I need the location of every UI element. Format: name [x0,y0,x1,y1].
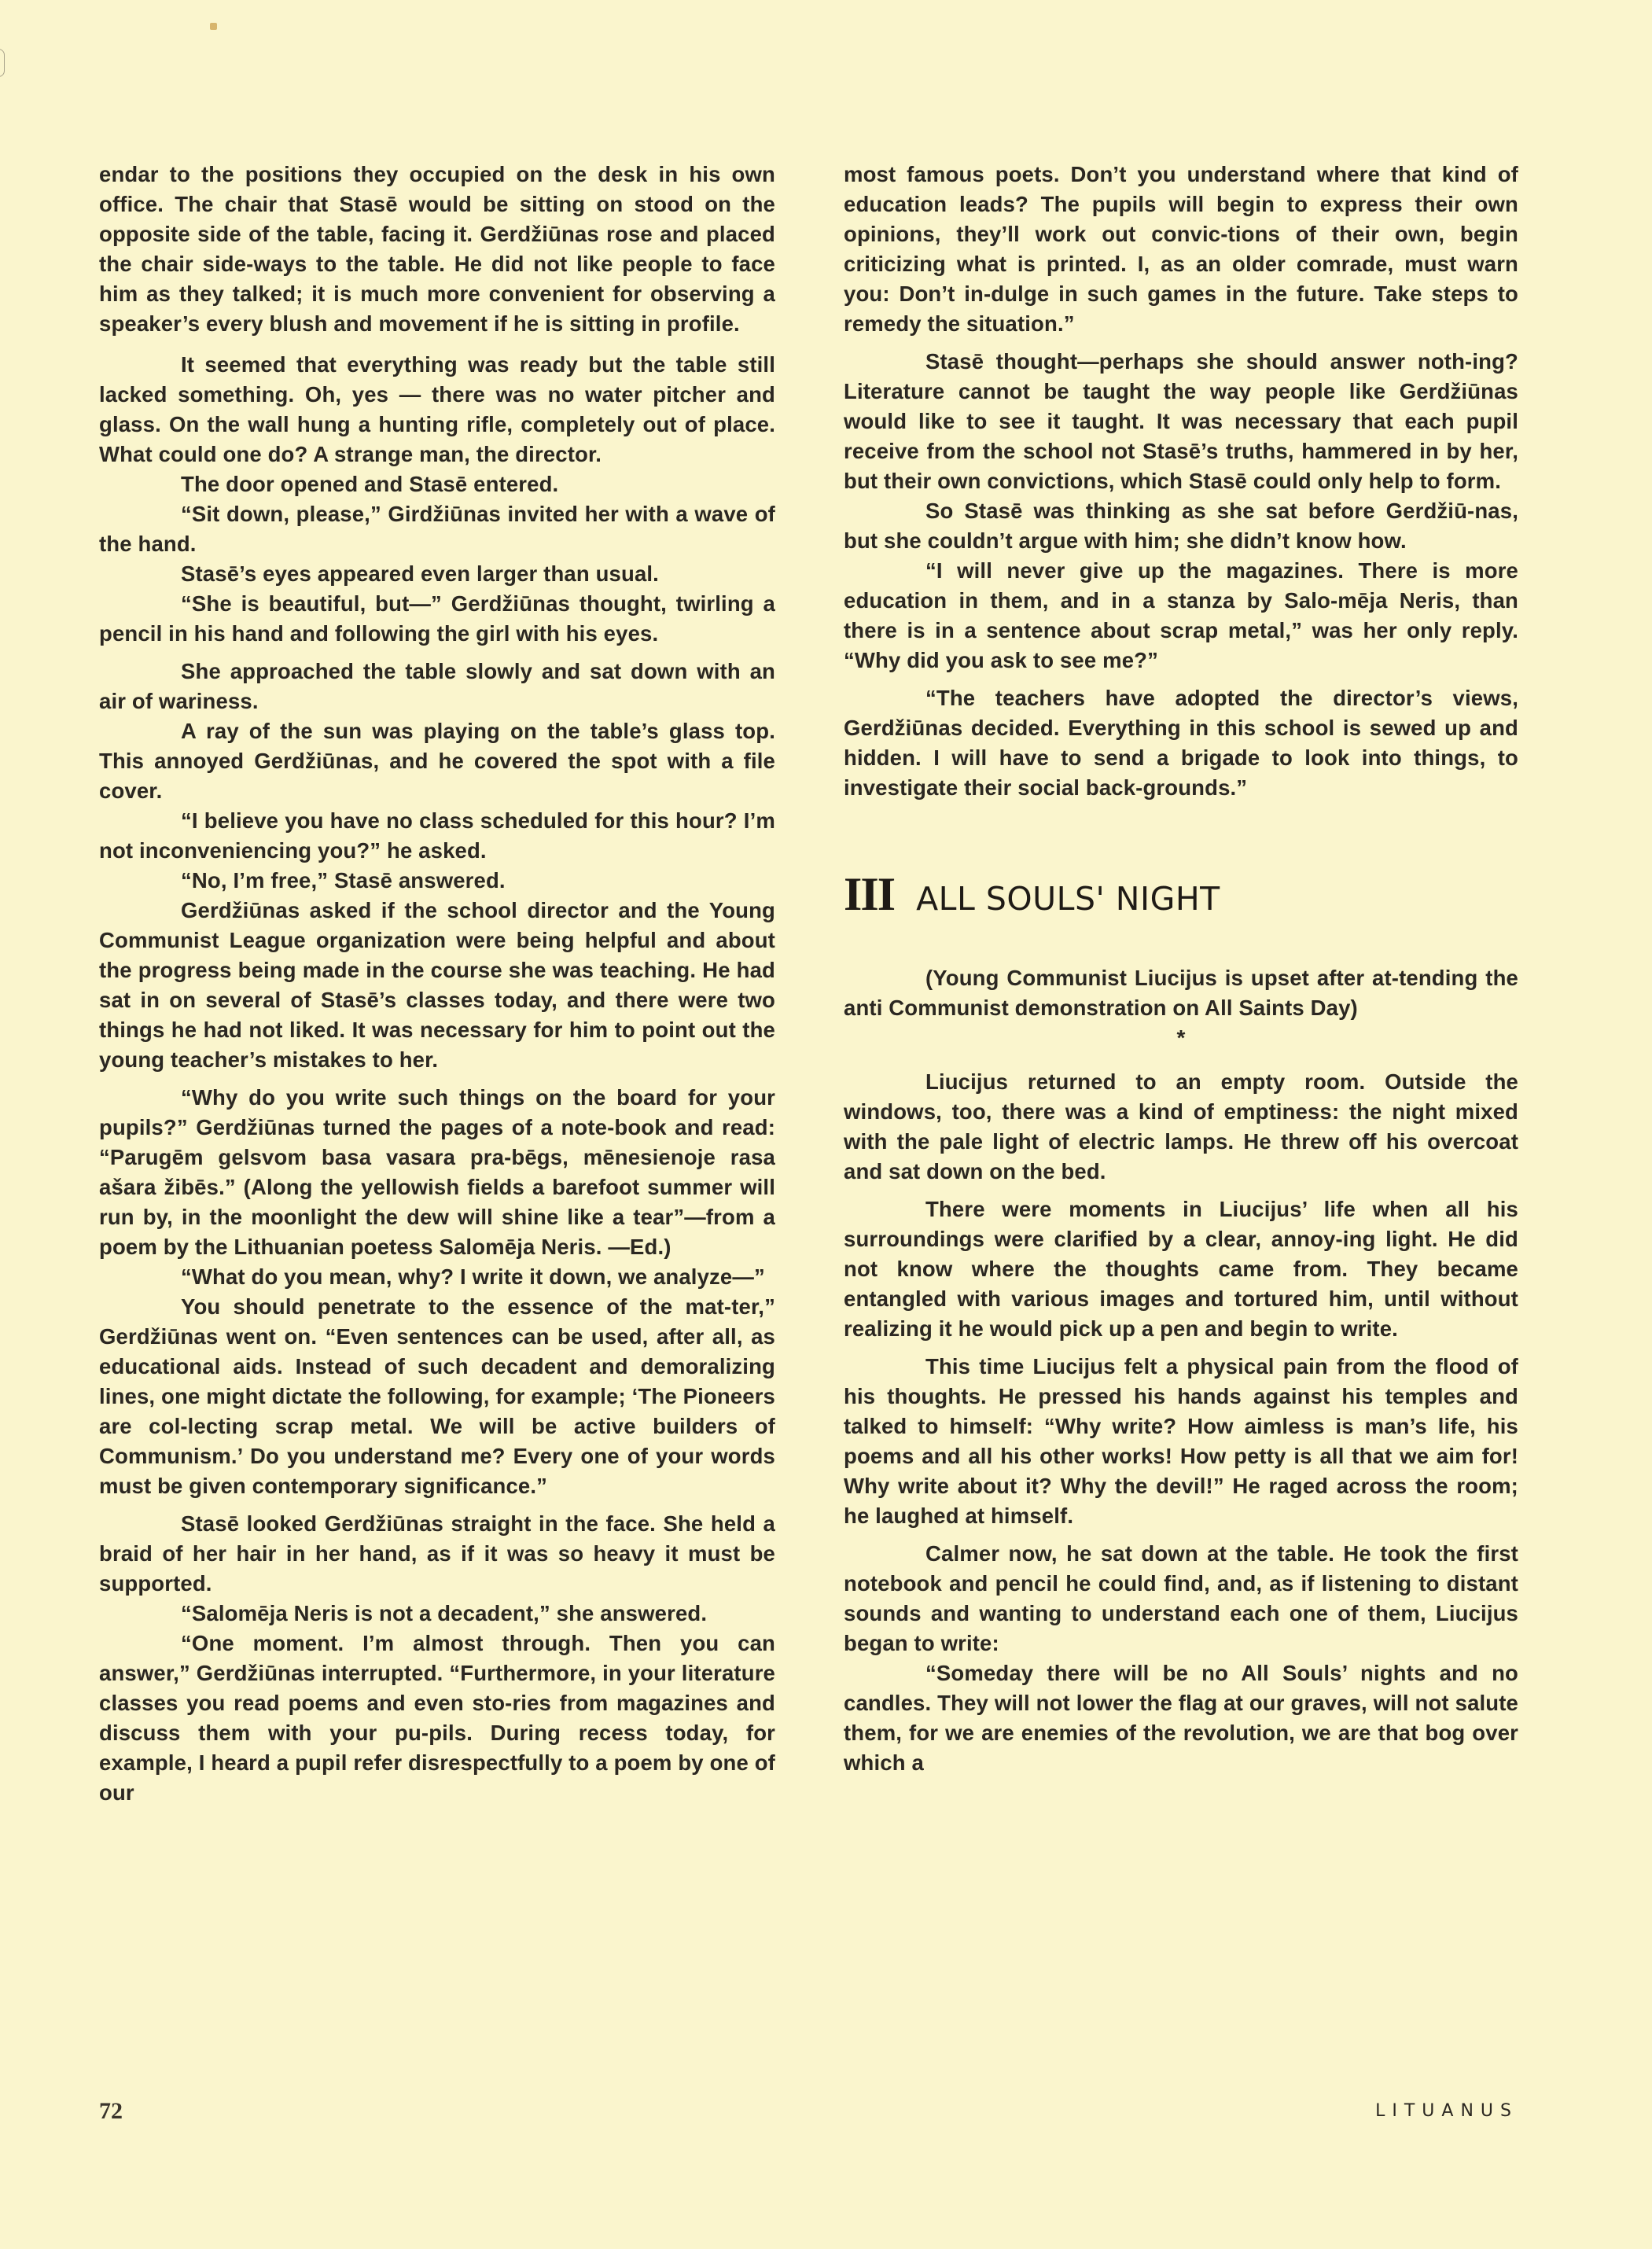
paragraph: “The teachers have adopted the director’… [844,683,1518,803]
section-numeral: III [844,871,894,918]
paragraph: “I believe you have no class scheduled f… [99,806,775,866]
paragraph: It seemed that everything was ready but … [99,350,775,469]
paragraph: The door opened and Stasē entered. [99,469,775,499]
paragraph: A ray of the sun was playing on the tabl… [99,716,775,806]
paragraph: “What do you mean, why? I write it down,… [99,1262,775,1292]
paragraph: Stasē thought—perhaps she should answer … [844,347,1518,496]
asterisk-separator: * [844,1026,1518,1050]
paragraph: “No, I’m free,” Stasē answered. [99,866,775,896]
paragraph: “Sit down, please,” Girdžiūnas invited h… [99,499,775,559]
paragraph: “She is beautiful, but—” Gerdžiūnas thou… [99,589,775,649]
paragraph: Gerdžiūnas asked if the school director … [99,896,775,1075]
paragraph: “Salomēja Neris is not a decadent,” she … [99,1599,775,1629]
paragraph: endar to the positions they occupied on … [99,160,775,339]
section-synopsis: (Young Communist Liucijus is upset after… [844,963,1518,1023]
left-column: endar to the positions they occupied on … [99,160,775,1808]
page-number: 72 [99,2098,123,2125]
paragraph: You should penetrate to the essence of t… [99,1292,775,1501]
paragraph: Calmer now, he sat down at the table. He… [844,1539,1518,1658]
paper-speck [210,23,217,30]
paragraph: She approached the table slowly and sat … [99,657,775,716]
paragraph: “Why do you write such things on the boa… [99,1083,775,1262]
section-title: ALL SOULS' NIGHT [916,875,1220,922]
paragraph: Stasē looked Gerdžiūnas straight in the … [99,1509,775,1599]
binding-edge-mark [0,49,5,77]
section-heading: III ALL SOULS' NIGHT [844,871,1518,922]
paragraph: Stasē’s eyes appeared even larger than u… [99,559,775,589]
paragraph: There were moments in Liucijus’ life whe… [844,1194,1518,1344]
magazine-page: endar to the positions they occupied on … [0,0,1652,2249]
paragraph: Liucijus returned to an empty room. Outs… [844,1067,1518,1187]
right-column: most famous poets. Don’t you understand … [844,160,1518,1778]
paragraph: “I will never give up the magazines. The… [844,556,1518,675]
paragraph: So Stasē was thinking as she sat before … [844,496,1518,556]
paragraph: “One moment. I’m almost through. Then yo… [99,1629,775,1808]
paragraph: This time Liucijus felt a physical pain … [844,1352,1518,1531]
paragraph: “Someday there will be no All Souls’ nig… [844,1658,1518,1778]
paragraph: most famous poets. Don’t you understand … [844,160,1518,339]
journal-name: LITUANUS [1375,2101,1518,2121]
